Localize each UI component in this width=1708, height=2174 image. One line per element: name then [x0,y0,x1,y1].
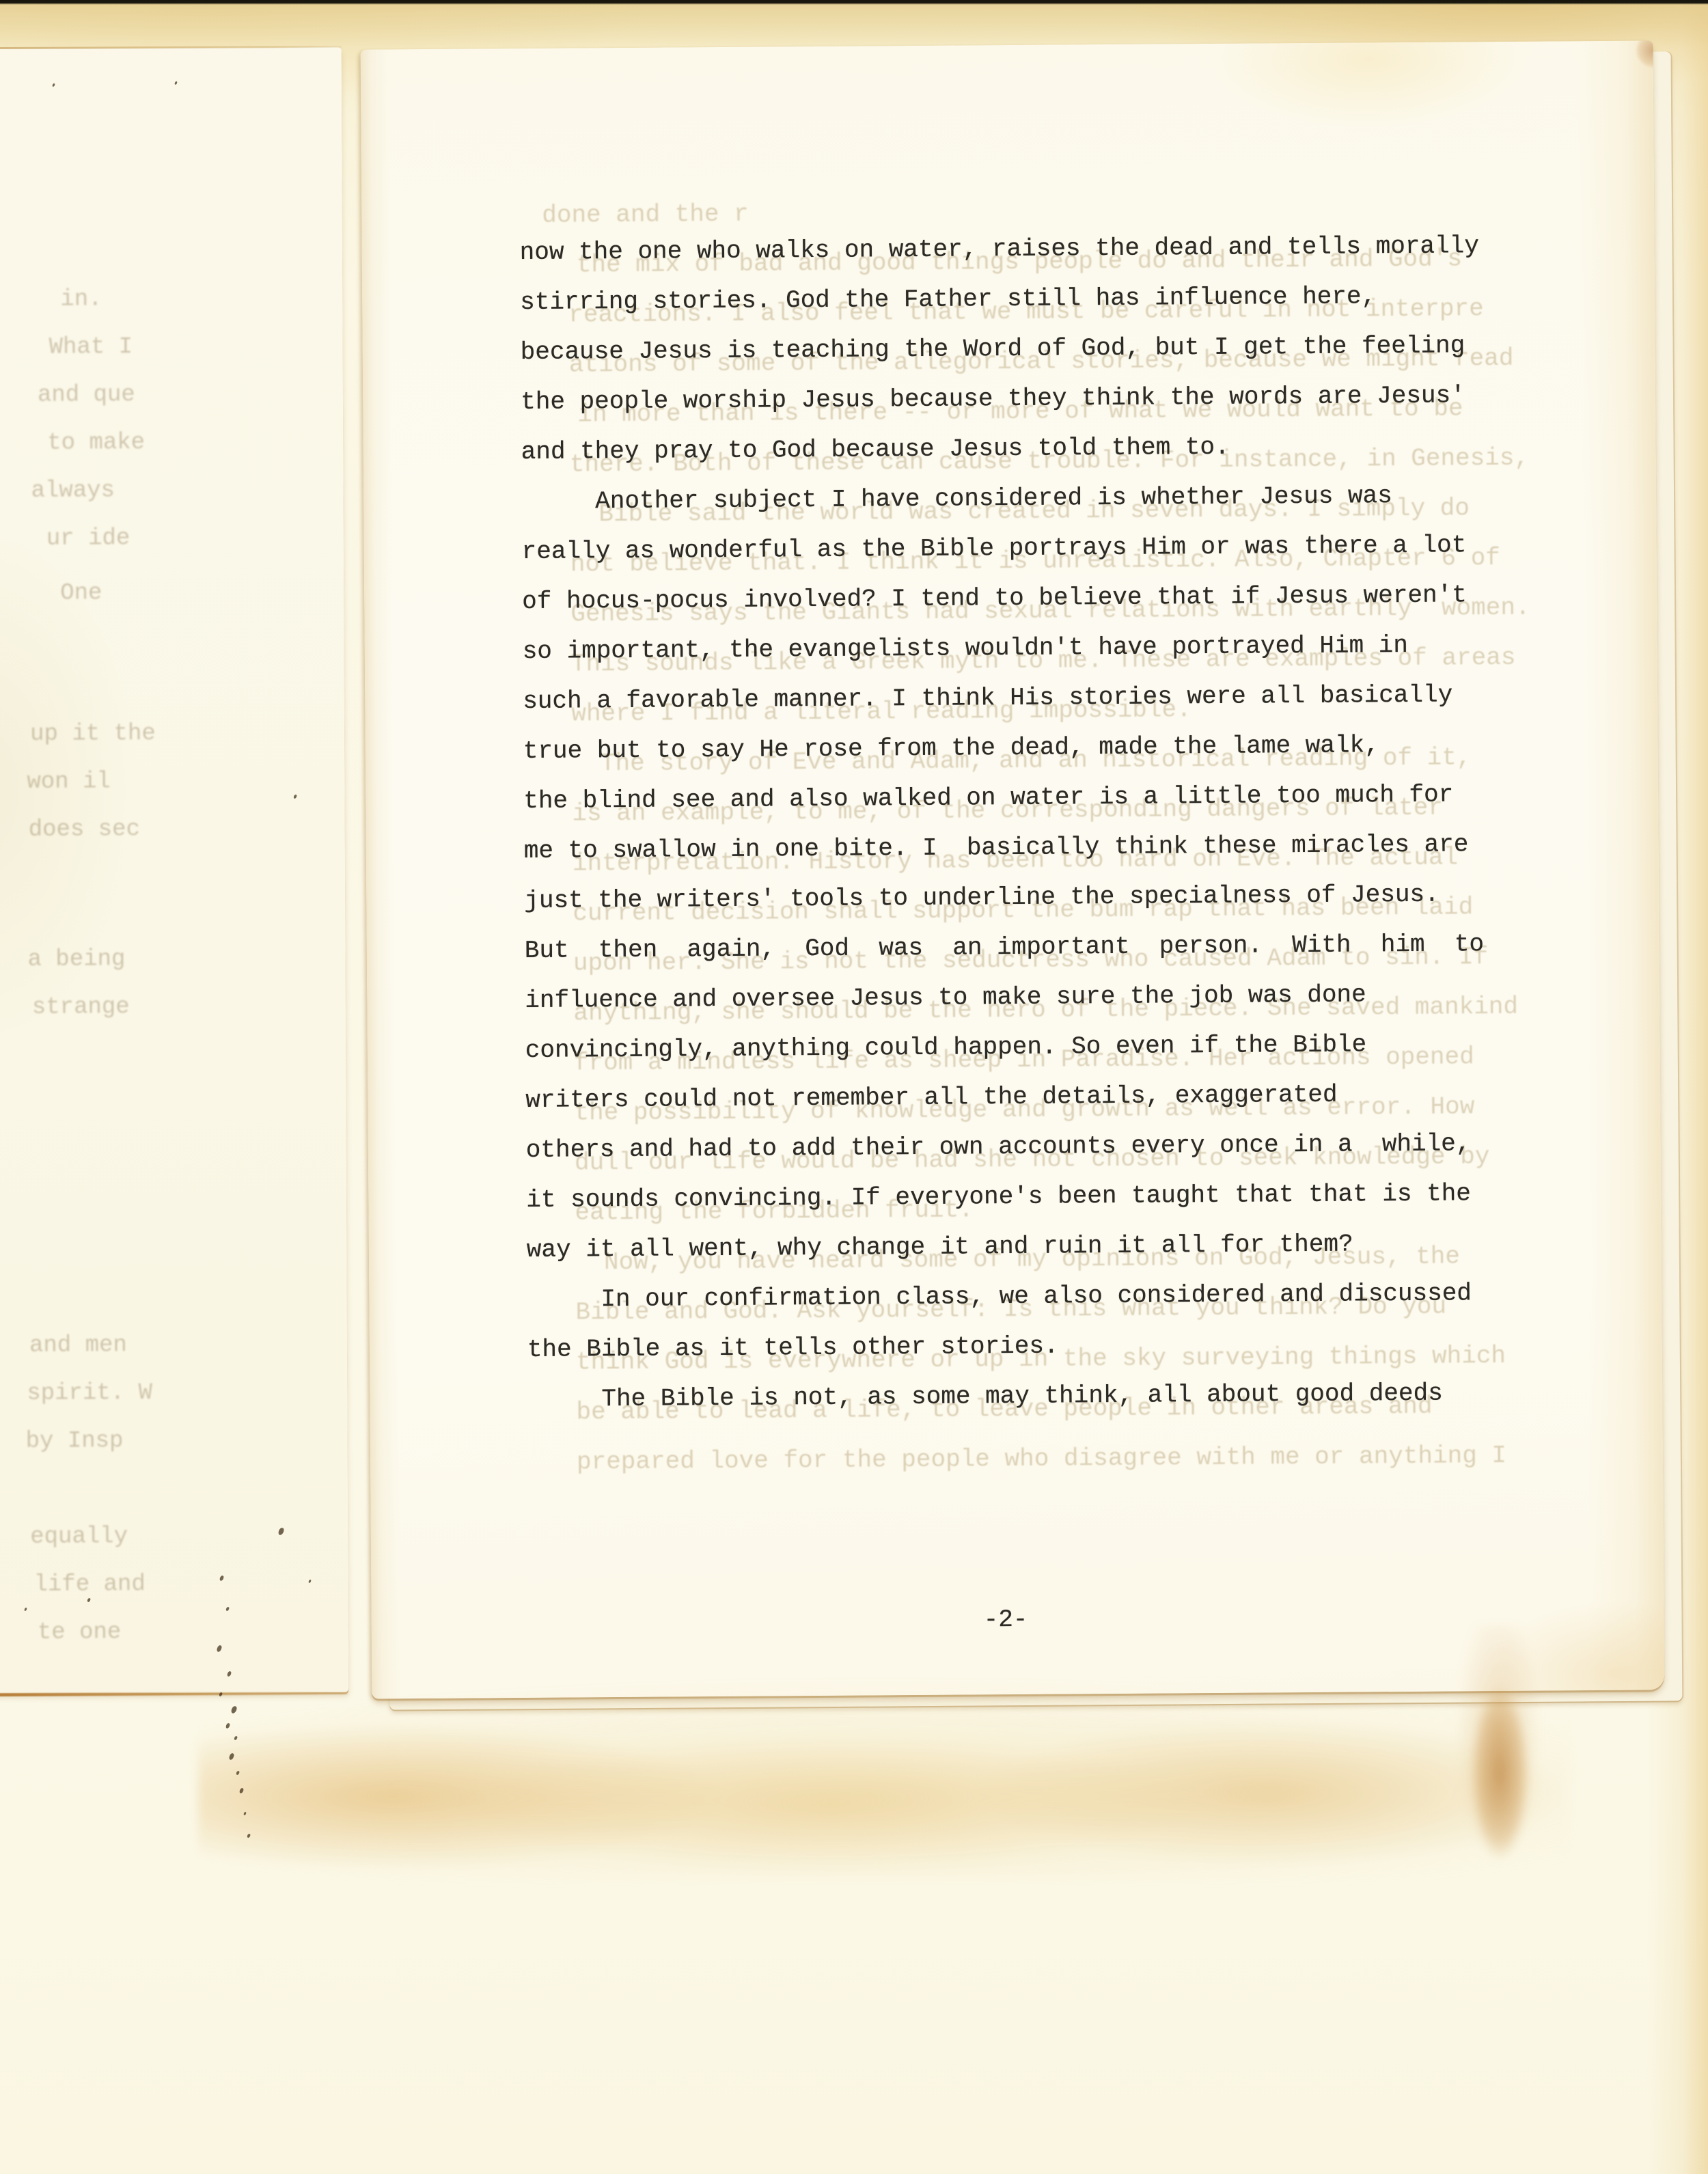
paper-speck [230,1705,237,1714]
bleedthrough-fragment: What I [49,334,133,361]
bleedthrough-fragment: won il [27,769,111,795]
typed-line: the people worship Jesus because they th… [521,370,1480,427]
underlying-page: in.What Iand queto makealwaysur ideOneup… [0,47,348,1694]
bleedthrough-fragment: to make [47,430,145,456]
bleedthrough-fragment: spirit. W [27,1380,152,1407]
typed-line: and they pray to God because Jesus told … [521,420,1480,477]
bleedthrough-fragment: life and [33,1571,145,1598]
typed-line: it sounds convincing. If everyone's been… [526,1168,1486,1225]
typed-line: the blind see and also walked on water i… [523,769,1483,826]
typed-line: such a favorable manner. I think His sto… [523,670,1483,726]
typed-line: now the one who walks on water, raises t… [519,221,1479,277]
typed-line: In our confirmation class, we also consi… [527,1268,1487,1325]
typed-line: because Jesus is teaching the Word of Go… [520,320,1480,377]
typed-line: stirring stories. God the Father still h… [520,271,1480,327]
bleedthrough-fragment: always [31,478,115,504]
paper-speck [219,1692,223,1697]
scan-top-glare [0,3,1708,47]
bleedthrough-fragment: One [60,580,102,606]
stain-band [198,1682,1571,1880]
bleedthrough-fragment: and men [29,1332,127,1359]
text-block: now the one who walks on water, raises t… [519,221,1487,1425]
typed-line: others and had to add their own accounts… [526,1118,1486,1175]
bleedthrough-fragment: and que [38,382,135,409]
typed-line: the Bible as it tells other stories. [527,1318,1487,1375]
typed-line: But then again, God was an important per… [525,919,1485,976]
bleedthrough-fragment: a being [27,946,125,973]
typed-line: so important, the evangelists wouldn't h… [522,620,1482,676]
scanned-document: in.What Iand queto makealwaysur ideOneup… [0,0,1708,2174]
document-page: done and the rthe mix of bad and good th… [361,40,1665,1698]
paper-speck [236,1771,240,1776]
bleedthrough-fragment: does sec [29,816,140,843]
bleedthrough-fragment: te one [38,1619,122,1646]
typed-line: of hocus-pocus involved? I tend to belie… [522,570,1482,627]
typed-line: influence and oversee Jesus to make sure… [525,969,1485,1026]
typed-line: convincingly, anything could happen. So … [525,1019,1485,1075]
paper-speck [234,1736,238,1741]
typed-line: way it all went, why change it and ruin … [527,1218,1487,1275]
paper-speck [247,1834,251,1839]
typed-line: writers could not remember all the detai… [525,1069,1485,1125]
bleedthrough-line: done and the r [542,201,749,230]
paper-speck [229,1752,235,1760]
paper-speck [225,1722,230,1729]
bleedthrough-fragment: strange [32,994,130,1021]
paper-speck [243,1812,246,1815]
typed-line: just the writers' tools to underline the… [524,869,1484,926]
typed-line: really as wonderful as the Bible portray… [521,520,1481,577]
typed-line: The Bible is not, as some may think, all… [527,1368,1487,1425]
typed-line: true but to say He rose from the dead, m… [523,719,1483,776]
bleedthrough-fragment: by Insp [26,1428,124,1455]
bleedthrough-line: prepared love for the people who disagre… [577,1442,1506,1476]
bleedthrough-fragment: ur ide [46,525,130,552]
bleedthrough-fragment: up it the [30,721,156,747]
bleedthrough-fragment: in. [60,286,102,312]
paper-speck [239,1787,244,1793]
bleedthrough-fragment: equally [30,1524,128,1550]
underlying-page-bottom-edge [0,1692,348,1696]
typed-line: me to swallow in one bite. I basically t… [524,819,1484,876]
page-number: -2- [984,1606,1028,1634]
typed-line: Another subject I have considered is whe… [521,470,1481,527]
